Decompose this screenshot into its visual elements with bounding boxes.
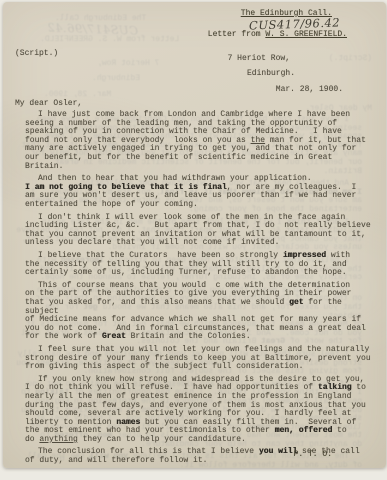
paragraph-3: I don't think I will ever look some of t…	[15, 214, 375, 248]
pto-closing: P. T. O.	[294, 450, 332, 459]
paragraph-6: I feel sure that you will not let your o…	[15, 346, 375, 372]
letter-from-prefix: Letter from	[208, 30, 266, 39]
scanned-letter-page: The Edinburgh Call. CUS417/96.42 Letter …	[0, 0, 387, 480]
paragraph-4: I believe that the Curators have been so…	[15, 252, 375, 278]
paragraph-1: I have just come back from London and Ca…	[15, 111, 375, 171]
letter-from-name: W. S. GREENFIELD.	[265, 30, 347, 39]
script-annotation: (Script.)	[15, 49, 58, 58]
letter-from-line: Letter from W. S. GREENFIELD.	[208, 30, 347, 39]
address-line-2: Edinburgh.	[247, 69, 295, 78]
paragraph-5: This of course means that you would c om…	[15, 282, 375, 342]
letter-date: Mar. 28, 1900.	[276, 85, 343, 94]
address-line-1: 7 Heriot Row,	[228, 54, 290, 63]
letter-body: My dear Osler, I have just come back fro…	[15, 100, 375, 470]
paragraph-7: If you only knew how strong and widespre…	[15, 376, 375, 445]
salutation: My dear Osler,	[15, 100, 375, 109]
paragraph-2: And then to hear that you had withdrawn …	[15, 175, 375, 209]
letter-content: The Edinburgh Call. CUS417/96.42 Letter …	[0, 0, 387, 480]
